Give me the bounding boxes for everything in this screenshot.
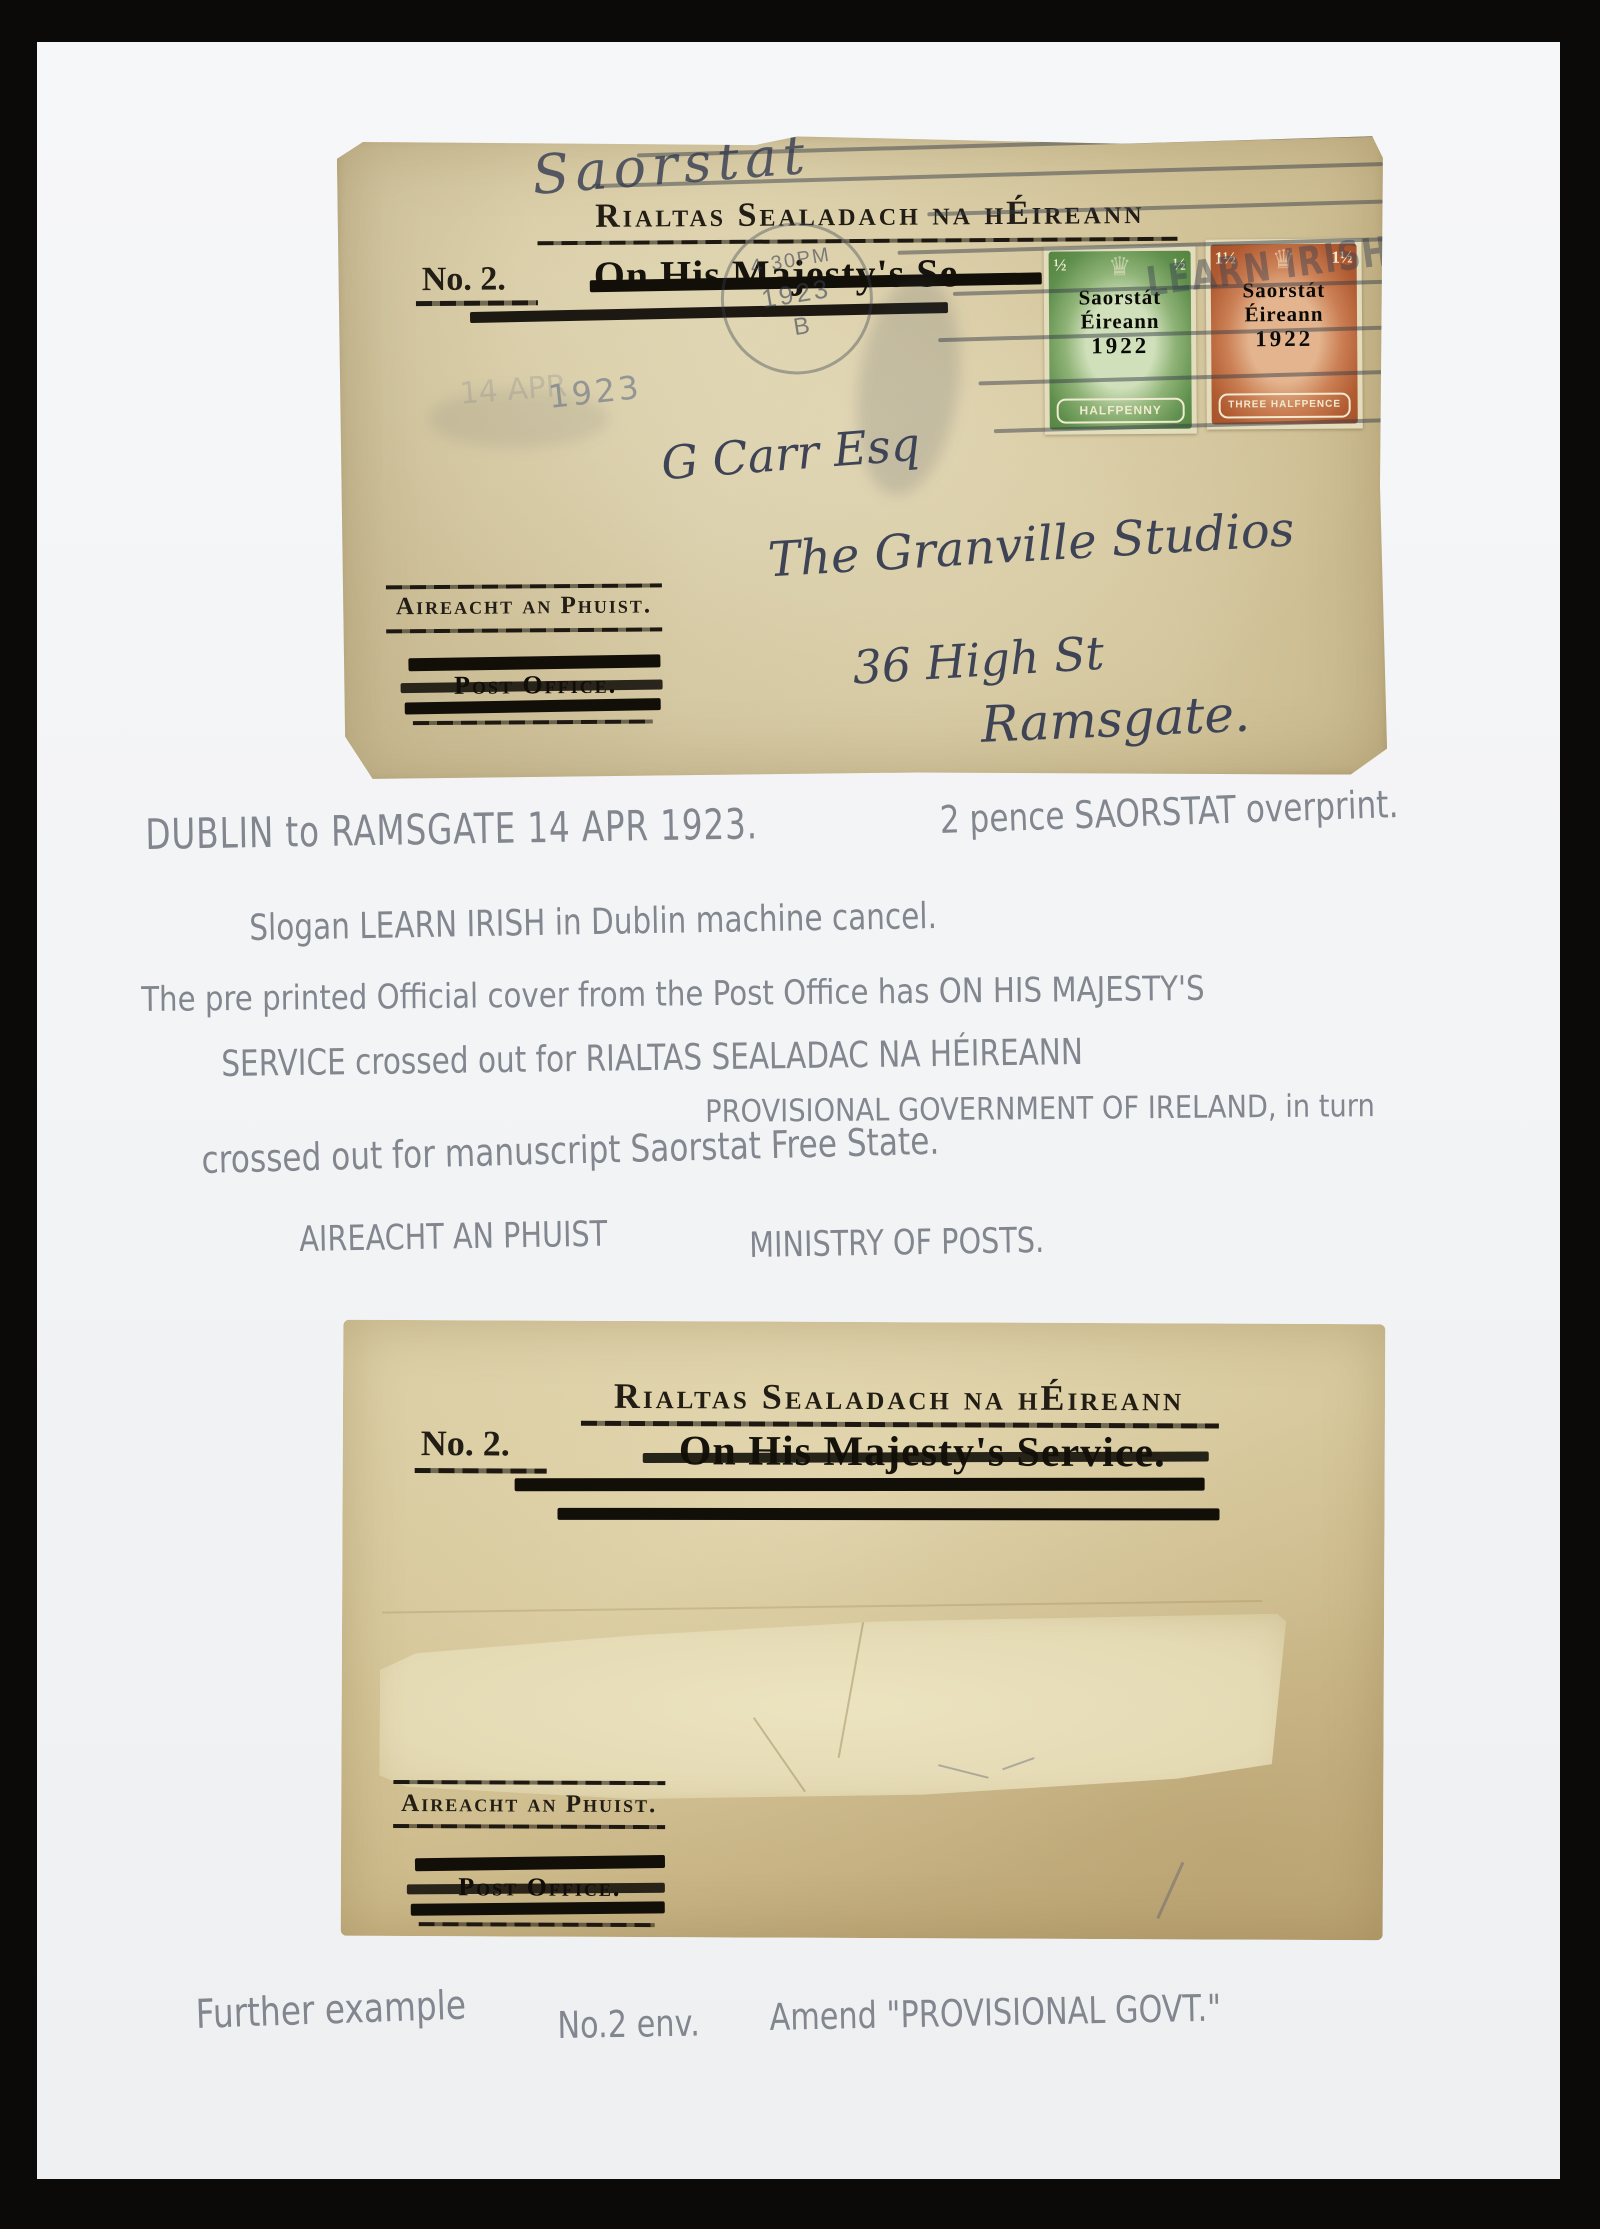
- pencil-mark: [1156, 1861, 1184, 1919]
- note-overprint: 2 pence SAORSTAT overprint.: [939, 782, 1399, 842]
- number-underline: [415, 1468, 547, 1474]
- note-slogan: Slogan LEARN IRISH in Dublin machine can…: [249, 896, 937, 949]
- note-route-date: DUBLIN to RAMSGATE 14 APR 1923.: [145, 799, 758, 859]
- dept-gaelic: Aireacht an Phuist.: [397, 1790, 661, 1819]
- obliteration-rule: [413, 719, 653, 725]
- note-env-type: No.2 env.: [557, 2002, 700, 2047]
- printed-header-rialtas: Rialtas Sealadach na hÉireann: [587, 194, 1152, 236]
- strike-bar: [643, 1452, 1209, 1463]
- dept-rule: [386, 583, 662, 589]
- address-town: Ramsgate.: [980, 685, 1251, 754]
- note-cover-history-2: SERVICE crossed out for RIALTAS SEALADAC…: [221, 1032, 1083, 1085]
- obliteration-bar: [411, 1901, 665, 1915]
- printed-header-rialtas: Rialtas Sealadach na hÉireann: [583, 1375, 1215, 1420]
- crown-icon: ♛: [1108, 251, 1132, 282]
- address-line: The Granville Studios: [766, 501, 1295, 588]
- obliteration-bar: [407, 1883, 665, 1895]
- dept-gaelic: Aireacht an Phuist.: [390, 591, 658, 621]
- stamp-denomination: HALFPENNY: [1057, 398, 1185, 424]
- stamp-value: ½: [1054, 256, 1067, 276]
- note-manuscript: crossed out for manuscript Saorstat Free…: [201, 1119, 940, 1182]
- envelope-number: No. 2.: [422, 260, 506, 299]
- note-ministry-english: MINISTRY OF POSTS.: [749, 1221, 1045, 1266]
- dept-rule: [393, 1824, 665, 1829]
- cancel-line: [637, 133, 1383, 158]
- obliteration-rule: [419, 1922, 655, 1927]
- note-cover-history-1: The pre printed Official cover from the …: [141, 969, 1205, 1020]
- paper-patch: [379, 1610, 1286, 1802]
- cover-bottom-unused-envelope: Rialtas Sealadach na hÉireann No. 2. On …: [341, 1320, 1386, 1941]
- crease-line: [753, 1717, 806, 1792]
- note-further-example: Further example: [195, 1983, 467, 2038]
- cover-top-used-envelope: Saorstat Rialtas Sealadach na hÉireann N…: [337, 132, 1387, 781]
- note-amend: Amend "PROVISIONAL GOVT.": [769, 1987, 1222, 2039]
- machine-cancel-datestamp: 4 30PM 1923 B: [709, 211, 884, 386]
- strike-bar: [515, 1478, 1205, 1492]
- address-street: 36 High St: [851, 626, 1105, 695]
- stamp-denomination: THREE HALFPENCE: [1219, 393, 1351, 419]
- note-ministry-gaelic: AIREACHT AN PHUIST: [299, 1215, 608, 1260]
- album-page: Saorstat Rialtas Sealadach na hÉireann N…: [37, 42, 1560, 2179]
- envelope-number: No. 2.: [421, 1422, 510, 1464]
- strike-bar: [558, 1508, 1220, 1521]
- overprint-line: Éireann: [1049, 309, 1191, 334]
- dept-rule: [386, 627, 662, 633]
- obliteration-bar: [415, 1855, 665, 1871]
- crease-line: [838, 1613, 866, 1758]
- overprint-line: Éireann: [1211, 302, 1357, 327]
- album-page-photo: Saorstat Rialtas Sealadach na hÉireann N…: [0, 0, 1600, 2229]
- number-underline: [416, 300, 538, 306]
- crease-line: [382, 1600, 1262, 1614]
